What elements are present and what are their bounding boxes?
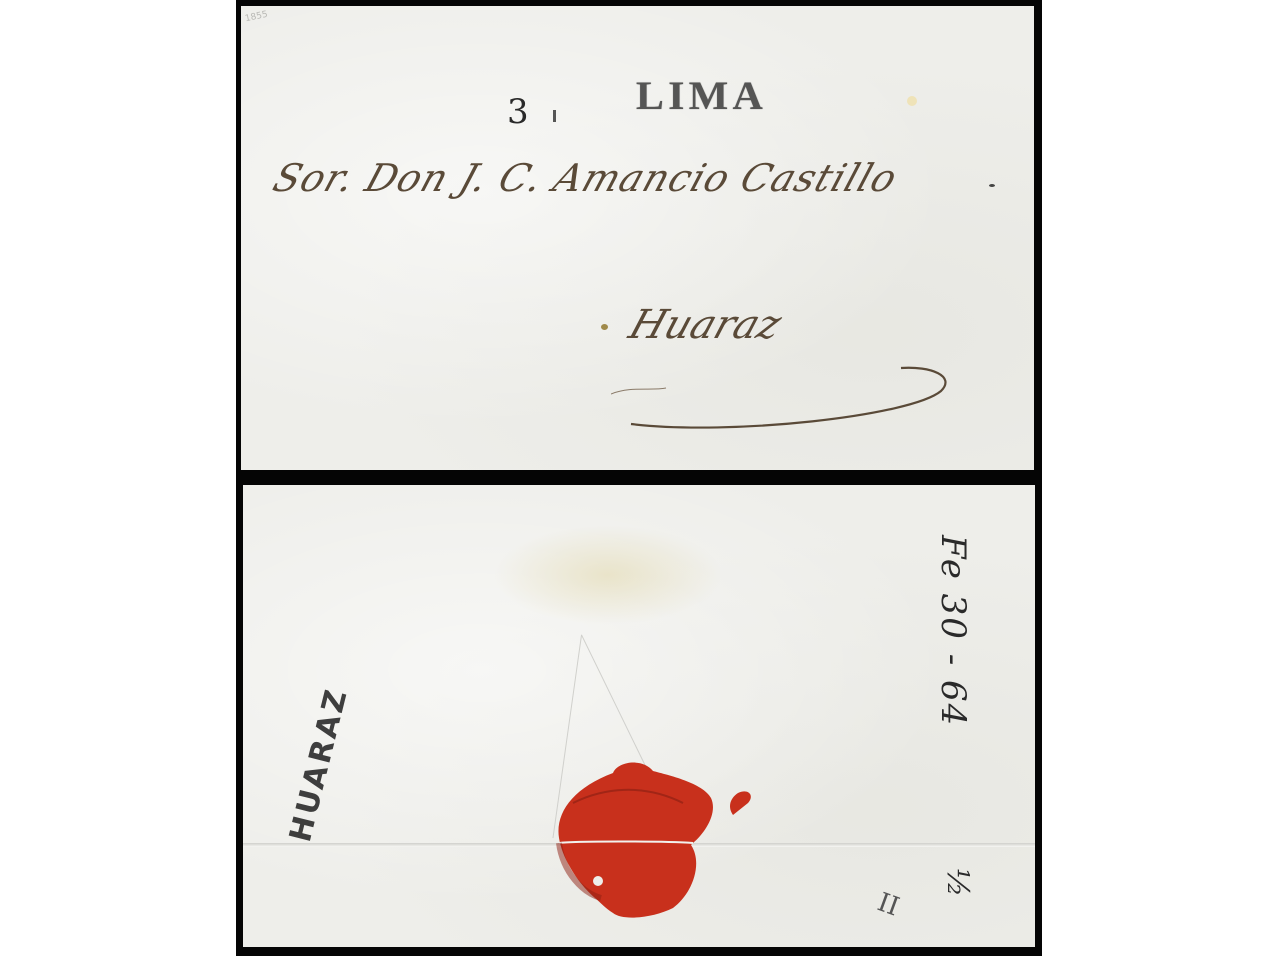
lima-straight-line-postmark: LIMA bbox=[636, 72, 767, 119]
underline-flourish bbox=[611, 346, 951, 436]
cover-front: 1855 3 LIMA Sor. Don J. C. Amancio Casti… bbox=[241, 6, 1034, 470]
destination-city: Huaraz bbox=[624, 302, 787, 348]
red-wax-seal bbox=[543, 753, 763, 928]
rate-dot-mark bbox=[553, 110, 556, 122]
roman-numeral-mark: II bbox=[873, 887, 903, 922]
rate-handstamp: 3 bbox=[507, 92, 529, 132]
ink-speck bbox=[989, 184, 995, 187]
cover-back: HUARAZ Fe 30 - 64 ½ II bbox=[243, 485, 1035, 947]
addressee-line: Sor. Don J. C. Amancio Castillo bbox=[268, 156, 903, 200]
docket-date: Fe 30 - 64 bbox=[933, 535, 973, 727]
docket-fraction: ½ bbox=[940, 868, 975, 897]
pencil-note: 1855 bbox=[244, 10, 268, 25]
foxing-spot bbox=[601, 324, 608, 330]
paper-stain bbox=[493, 525, 723, 625]
huaraz-receiving-postmark: HUARAZ bbox=[283, 684, 355, 846]
foxing-spot bbox=[907, 96, 917, 106]
